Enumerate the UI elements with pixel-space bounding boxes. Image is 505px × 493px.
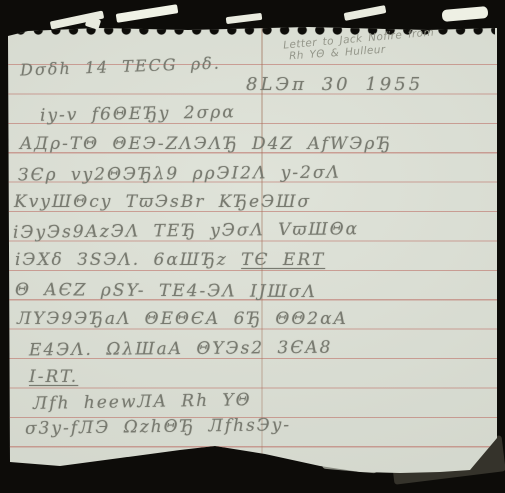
torn-flap bbox=[442, 6, 489, 22]
letter-line-7: Θ AЄZ ρSY- TE4-ЭΛ IJШσΛ bbox=[15, 280, 317, 302]
torn-flap bbox=[116, 4, 179, 23]
letter-line-9: E4ЭΛ. ΩλШаΑ ΘYЭs2 3ЄΑ8 bbox=[29, 338, 333, 361]
signature-line-2: σ3y-fЛЭ ΩzhΘЂ ЛfhsЭy- bbox=[25, 415, 291, 439]
letter-photo: Letter to Jack Nofire from Rh YΘ & Hulle… bbox=[0, 0, 505, 493]
letter-line-4: KvyШΘcy TϖЭsBr KЂeЭШσ bbox=[14, 192, 311, 212]
letter-line-6-start: iЭXδ ЗSЭΛ. 6αШЂz bbox=[15, 250, 241, 270]
letter-date: 8LЭπ 30 1955 bbox=[246, 74, 423, 95]
letter-line-10: I-RT. bbox=[29, 367, 78, 387]
letter-line-5: iЭyЭs9AzЭΛ TEЂ yЭσΛ VϖШΘα bbox=[13, 219, 359, 243]
letter-line-6-underlined: TЄ ERT bbox=[241, 250, 325, 270]
letter-line-2: AДρ-TΘ ΘEЭ-ZΛЭΛЂ D4Z AfWЭρЂ bbox=[20, 134, 392, 154]
torn-flap bbox=[344, 5, 387, 21]
signature-line-1: Лfh heewЛA Rh YΘ bbox=[33, 390, 252, 414]
letter-line-6: iЭXδ ЗSЭΛ. 6αШЂz TЄ ERT bbox=[15, 250, 325, 270]
letter-line-1: iy-v f6ΘEЂy 2σρα bbox=[40, 102, 236, 125]
letter-line-8: ЛYЭ9ЭЂаΛ ΘEΘЄΑ 6Ђ ΘΘ2αΑ bbox=[17, 309, 348, 329]
torn-flap bbox=[226, 13, 263, 24]
letter-line-3: ЗЄρ vy2ΘЭЂλ9 ρρЭI2Λ y-2σΛ bbox=[18, 163, 341, 186]
